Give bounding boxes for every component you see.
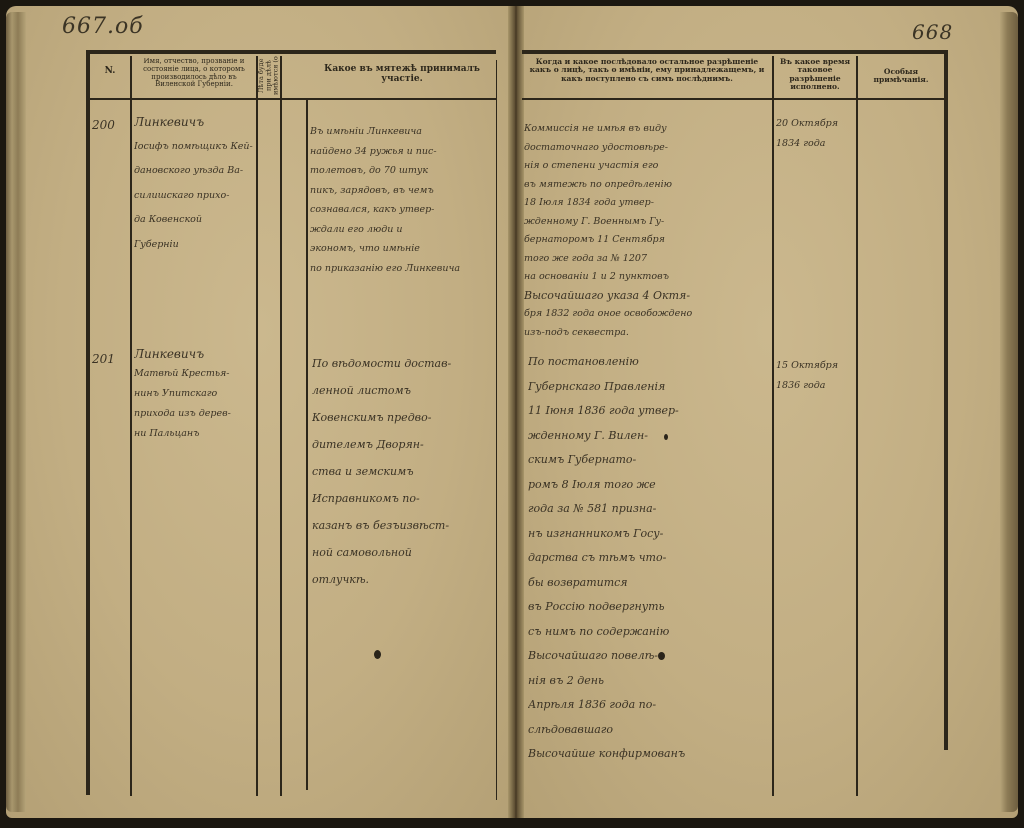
participation-description: По вѣдомости достав- ленной листомъ Кове… <box>312 350 498 593</box>
entry-number: 201 <box>92 352 115 366</box>
person-description: Линкевичъ Іосифъ помѣщикъ Кей- дановског… <box>134 110 254 257</box>
col-divider-age <box>280 56 282 796</box>
header-bottom-rule-left <box>88 98 496 100</box>
execution-date: 20 Октября 1834 года <box>776 114 856 154</box>
col-divider-resolution <box>772 56 774 796</box>
right-border-rule <box>944 50 948 750</box>
header-resolution: Когда и какое послѣдовало остальное разр… <box>524 58 770 83</box>
header-part: Какое въ мятежѣ принималъ участіе. <box>310 64 494 84</box>
folio-number-left: 667.об <box>62 14 144 39</box>
col-divider-person <box>256 56 258 796</box>
col-divider-executed <box>856 56 858 796</box>
resolution-description: По постановленію Губернскаго Правленія 1… <box>528 350 772 767</box>
left-page-edges <box>6 12 26 812</box>
header-number: N. <box>92 66 128 76</box>
col-divider-number <box>130 56 132 796</box>
header-bottom-rule-right <box>522 98 948 100</box>
resolution-description: Коммиссія не имѣя въ виду достаточнаго у… <box>524 120 770 342</box>
entry-number: 200 <box>92 118 115 132</box>
open-register-book: 667.об 668 N. Имя, отчество, прозваніе и… <box>0 0 1024 828</box>
folio-number-right: 668 <box>912 20 953 44</box>
ink-blot <box>664 434 668 440</box>
header-notes: Особыя примѣчанія. <box>858 68 944 85</box>
ink-blot <box>374 650 381 659</box>
col-divider-part-left <box>306 98 308 790</box>
header-top-rule-left <box>88 50 496 54</box>
right-page-edges <box>1000 12 1018 812</box>
ink-blot <box>658 652 665 660</box>
header-age: Лѣта буде при дѣлѣ имѣются (о томъ свѣдѣ… <box>258 56 280 96</box>
header-executed: Въ какое время таковое разрѣшеніе исполн… <box>774 58 856 92</box>
header-top-rule-right <box>522 50 948 54</box>
execution-date: 15 Октября 1836 года <box>776 356 856 396</box>
book-gutter <box>508 6 524 818</box>
participation-description: Въ имѣніи Линкевича найдено 34 ружья и п… <box>310 122 500 278</box>
header-person: Имя, отчество, прозваніе и состояніе лиц… <box>133 58 255 89</box>
left-border-rule <box>86 50 90 795</box>
person-description: Линкевичъ Матвѣй Крестья- нинъ Упитскаго… <box>134 344 256 444</box>
